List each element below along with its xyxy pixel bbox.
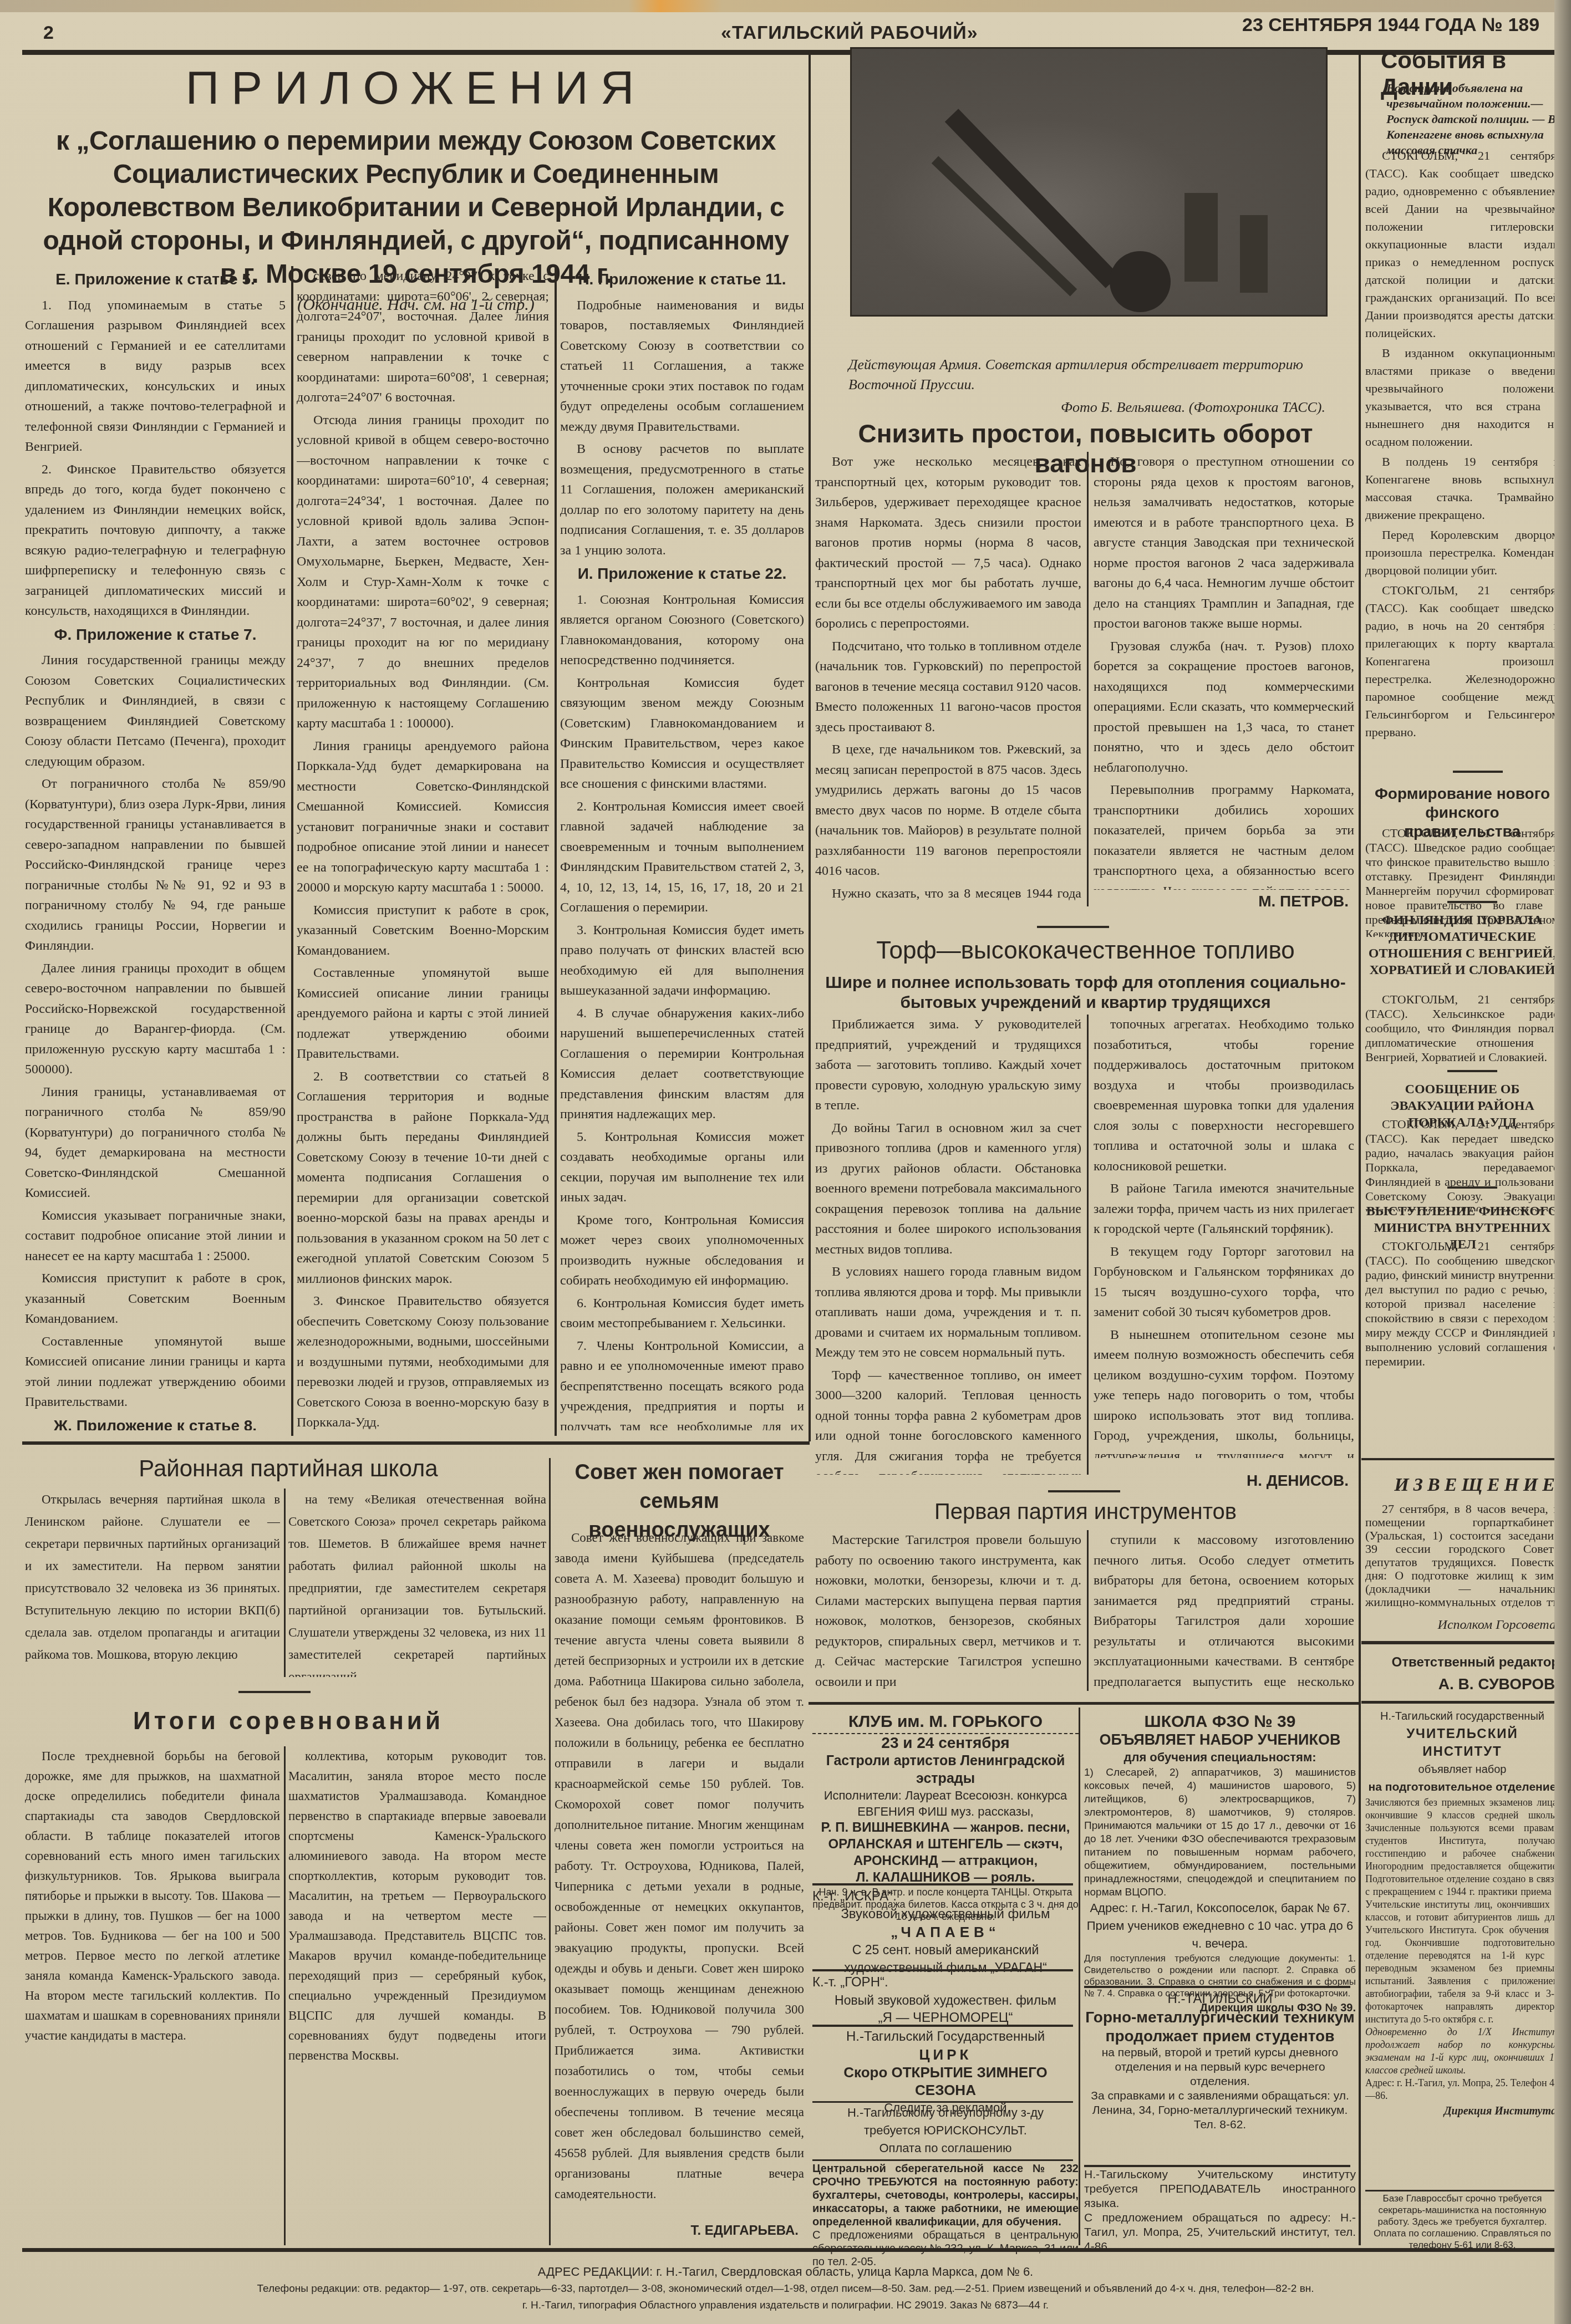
column-divider <box>1087 1015 1089 1475</box>
party-school-text-2: на тему «Великая отечественная война Сов… <box>288 1489 546 1677</box>
paragraph: Далее линия границы проходит в общем сев… <box>25 959 286 1080</box>
paragraph: Комиссия приступит к работе в срок, указ… <box>25 1268 286 1329</box>
scan-right-edge <box>1554 0 1571 2324</box>
party-school-title: Районная партийная школа <box>22 1455 555 1482</box>
ad-fzo-school: ШКОЛА ФЗО № 39 ОБЪЯВЛЯЕТ НАБОР УЧЕНИКОВ … <box>1084 1713 1356 2017</box>
paragraph: Перед Королевским дворцом произошла пере… <box>1365 526 1559 579</box>
paragraph: 1. Союзная Контрольная Комиссия является… <box>560 590 804 671</box>
header-rule <box>22 50 1564 55</box>
paragraph: 1. Под упоминаемым в статье 5 Соглашения… <box>25 295 286 457</box>
section-heading: И. Приложение к статье 22. <box>560 564 804 584</box>
wagons-signature: М. ПЕТРОВ. <box>1094 893 1349 910</box>
paragraph: Торф — качественное топливо, он имеет 30… <box>815 1365 1081 1475</box>
notice-body: 27 сентября, в 8 часов вечера, в помещен… <box>1365 1502 1559 1608</box>
paragraph: Перевыполнив программу Наркомата, трансп… <box>1094 780 1354 890</box>
finland-relations-text: СТОКГОЛЬМ, 21 сентября. (ТАСС). Хельсинк… <box>1365 992 1559 1064</box>
paragraph: 5. Контрольная Комиссия может создавать … <box>560 1127 804 1208</box>
fzo-hours: Прием учеников ежедневно с 10 час. утра … <box>1084 1917 1356 1953</box>
notice-text: 27 сентября, в 8 часов вечера, в помещен… <box>1365 1502 1559 1608</box>
newspaper-name: «ТАГИЛЬСКИЙ РАБОЧИЙ» <box>721 22 978 44</box>
paragraph: В нынешнем отопительном сезоне мы имеем … <box>1094 1325 1354 1459</box>
paragraph: Кроме того, Контрольная Комиссия может ч… <box>560 1210 804 1291</box>
artillery-gun-icon <box>852 49 1326 315</box>
ad-lawyer: Н.-Тагильскому огнеупорному з-ду требует… <box>812 2104 1079 2157</box>
paragraph: 6. Контрольная Комиссия будет иметь свои… <box>560 1293 804 1334</box>
gorky-performer-4: АРОНСКИНД — аттракцион, <box>812 1853 1079 1869</box>
paragraph: Составленные упомянутой выше Комиссией о… <box>297 963 549 1064</box>
teacher-vacancy-body: Н.-Тагильскому Учительскому институту тр… <box>1084 2168 1356 2211</box>
tools-column-2: ступили к массовому изготовлению печного… <box>1094 1530 1354 1691</box>
notice-signature: Исполком Горсовета. <box>1365 1618 1559 1633</box>
newspaper-page: 2 «ТАГИЛЬСКИЙ РАБОЧИЙ» 23 СЕНТЯБРЯ 1944 … <box>0 0 1571 2324</box>
column-divider <box>284 1746 286 2245</box>
column-divider <box>1087 1530 1089 1691</box>
technikum-line-1: Н.-ТАГИЛЬСКИЙ <box>1084 1990 1356 2008</box>
section-heading: Е. Приложение к статье 5. <box>25 269 286 290</box>
gorky-performer-2: Р. П. ВИШНЕВКИНА — жанров. песни, <box>812 1820 1079 1836</box>
photo-caption: Действующая Армия. Советская артиллерия … <box>848 355 1325 395</box>
ad-teachers-institute: Н.-Тагильский государственный УЧИТЕЛЬСКИ… <box>1365 1708 1559 2120</box>
gorky-dates: 23 и 24 сентября <box>812 1733 1079 1752</box>
lawyer-line-3: Оплата по соглашению <box>812 2139 1079 2157</box>
paragraph: Контрольная Комиссия будет связующим зве… <box>560 673 804 794</box>
technikum-title: Горно-металлургический техникум продолжа… <box>1084 2008 1356 2046</box>
paragraph: 2. В соответствии со статьей 8 Соглашени… <box>297 1067 549 1290</box>
paragraph: 2. Контрольная Комиссия имеет своей глав… <box>560 797 804 918</box>
ad-separator <box>812 1883 1073 1885</box>
paragraph: В условиях нашего города главным видом т… <box>815 1262 1081 1363</box>
ad-separator <box>812 2101 1073 2103</box>
paragraph: СТОКГОЛЬМ, 21 сентября. (ТАСС). Как сооб… <box>1365 582 1559 741</box>
section-rule <box>22 1441 810 1445</box>
paragraph: Но, говоря о преступном отношении со сто… <box>1094 452 1354 634</box>
section-divider <box>809 50 811 1441</box>
article-separator <box>1361 1701 1561 1704</box>
competition-text-2: коллектива, которым руководит тов. Масал… <box>288 1746 546 2066</box>
ad-teacher-vacancy: Н.-Тагильскому Учительскому институту тр… <box>1084 2168 1356 2254</box>
technikum-contact: За справками и с заявлениями обращаться:… <box>1084 2089 1356 2132</box>
fzo-sub: ОБЪЯВЛЯЕТ НАБОР УЧЕНИКОВ <box>1084 1731 1356 1749</box>
lawyer-line-1: Н.-Тагильскому огнеупорному з-ду <box>812 2104 1079 2122</box>
institute-title: УЧИТЕЛЬСКИЙ ИНСТИТУТ <box>1365 1725 1559 1761</box>
gorky-performer-1: Исполнители: Лауреат Всесоюзн. конкурса … <box>812 1787 1079 1820</box>
denmark-body: СТОКГОЛЬМ, 21 сентября. (ТАСС). Как сооб… <box>1365 147 1559 773</box>
institute-sign: Дирекция Института. <box>1365 2102 1559 2120</box>
ad-separator <box>812 2025 1073 2027</box>
footer-printing: г. Н.-Тагил, типография Областного управ… <box>0 2300 1571 2312</box>
ad-separator <box>1365 2190 1559 2192</box>
lawyer-line-2: требуется ЮРИСКОНСУЛЬТ. <box>812 2122 1079 2139</box>
article-separator <box>1037 926 1109 928</box>
artillery-photo <box>850 47 1328 317</box>
finland-relations-title: ФИНЛЯНДИЯ ПОРВАЛА ДИПЛОМАТИЧЕСКИЕ ОТНОШЕ… <box>1365 912 1559 978</box>
gorn-cinema: К.-т. „ГОРН“. <box>812 1974 1079 1991</box>
paragraph: Линия границы арендуемого района Порккал… <box>297 736 549 898</box>
photo-credit: Фото Б. Вельяшева. (Фотохроника ТАСС). <box>932 399 1325 416</box>
column-divider <box>1087 452 1089 906</box>
notice-title: ИЗВЕЩЕНИЕ <box>1365 1475 1559 1496</box>
savings-head: Центральной сберегательной кассе № 232 С… <box>812 2162 1079 2229</box>
article-separator <box>1361 1641 1561 1644</box>
paragraph: топочных агрегатах. Необходимо только по… <box>1094 1015 1354 1176</box>
institute-line-3: на подготовительное отделение <box>1365 1778 1559 1796</box>
wagons-column-2: Но, говоря о преступном отношении со сто… <box>1094 452 1354 890</box>
paragraph: В изданном оккупационными властями прика… <box>1365 344 1559 451</box>
scan-top-strip <box>0 0 1571 12</box>
paragraph: В текущем году Горторг заготовил на Горб… <box>1094 1242 1354 1323</box>
paragraph: Нужно сказать, что за 8 месяцев 1944 год… <box>815 884 1081 907</box>
column-divider <box>284 1489 286 1677</box>
circus-line-2: Скоро ОТКРЫТИЕ ЗИМНЕГО СЕЗОНА <box>812 2063 1079 2099</box>
fzo-address: Адрес: г. Н.-Тагил, Коксопоселок, барак … <box>1084 1899 1356 1917</box>
appendix-title: ПРИЛОЖЕНИЯ <box>22 61 810 115</box>
appendix-column-2: север по меридиану 24°07' к точке с коор… <box>297 266 549 1430</box>
peat-subtitle: Шире и полнее использовать торф для отоп… <box>821 973 1350 1013</box>
wives-body: Совет жен военнослужащих при завкоме зав… <box>555 1527 804 2220</box>
minister-text: СТОКГОЛЬМ, 21 сентября. (ТАСС). По сообщ… <box>1365 1239 1559 1369</box>
paragraph: Приближается зима. У руководителей предп… <box>815 1015 1081 1116</box>
gorky-performer-3: ОРЛАНСКАЯ и ШТЕНГЕЛЬ — скэтч, <box>812 1836 1079 1853</box>
gorky-title: КЛУБ им. М. ГОРЬКОГО <box>812 1713 1079 1731</box>
tools-title: Первая партия инструментов <box>815 1500 1356 1525</box>
tools-text-2: ступили к массовому изготовлению печного… <box>1094 1530 1354 1691</box>
circus-title: ЦИРК <box>812 2046 1079 2063</box>
section-heading: Ф. Приложение к статье 7. <box>25 625 286 645</box>
party-school-column-2: на тему «Великая отечественная война Сов… <box>288 1489 546 1677</box>
evacuation-body: СТОКГОЛЬМ, 21 сентября. (ТАСС). Как пере… <box>1365 1117 1559 1211</box>
evacuation-text: СТОКГОЛЬМ, 21 сентября. (ТАСС). Как пере… <box>1365 1117 1559 1211</box>
section-divider <box>1359 50 1361 2245</box>
paragraph: Комиссия приступит к работе в срок, указ… <box>297 900 549 961</box>
ads-top-rule <box>809 1702 1360 1705</box>
paragraph: 4. В случае обнаружения каких-либо наруш… <box>560 1003 804 1125</box>
paragraph: В районе Тагила имеются значительные зал… <box>1094 1179 1354 1240</box>
paragraph: В полдень 19 сентября в Копенгагене внов… <box>1365 453 1559 524</box>
column-divider <box>555 266 557 1436</box>
appendix-column-1: Е. Приложение к статье 5.1. Под упоминае… <box>25 266 286 1430</box>
paragraph: От пограничного столба № 859/90 (Корвату… <box>25 774 286 956</box>
ad-savings-bank: Центральной сберегательной кассе № 232 С… <box>812 2162 1079 2269</box>
paragraph: Отсюда линия границы проходит по условно… <box>297 410 549 734</box>
paragraph: Подсчитано, что только в топливном отдел… <box>815 636 1081 738</box>
article-separator <box>238 1691 311 1693</box>
institute-line-2: объявляет набор <box>1365 1761 1559 1778</box>
wagons-column-1: Вот уже несколько месяцев, как транспорт… <box>815 452 1081 906</box>
paragraph: В цехе, где начальником тов. Ржевский, з… <box>815 740 1081 881</box>
paragraph: В основу расчетов по выплате возмещения,… <box>560 439 804 560</box>
section-heading: Ж. Приложение к статье 8. <box>25 1416 286 1431</box>
institute-italic: Одновременно до 1/X Институт продолжает … <box>1365 2026 1559 2077</box>
ad-separator <box>812 2159 1073 2161</box>
paragraph: Подробные наименования и виды товаров, п… <box>560 295 804 437</box>
editor-label: Ответственный редактор <box>1365 1655 1559 1670</box>
peat-signature: Н. ДЕНИСОВ. <box>1094 1472 1349 1490</box>
iskra-cinema: К.-т. „ИСКРА“. <box>812 1888 1079 1905</box>
paragraph: Грузовая служба (нач. т. Рузов) плохо бо… <box>1094 636 1354 778</box>
paragraph: север по меридиану 24°07' к точке с коор… <box>297 266 549 408</box>
wives-text: Совет жен военнослужащих при завкоме зав… <box>555 1527 804 2204</box>
ad-separator <box>1084 1986 1350 1988</box>
institute-address: Адрес: г. Н.-Тагил, ул. Мопра, 25. Телеф… <box>1365 2077 1559 2102</box>
peat-column-2: топочных агрегатах. Необходимо только по… <box>1094 1015 1354 1458</box>
article-separator <box>1453 771 1503 773</box>
iskra-line-1: Звуковой художественный фильм <box>812 1905 1079 1923</box>
page-number: 2 <box>43 22 54 44</box>
fzo-sub2: для обучения специальностям: <box>1084 1749 1356 1766</box>
institute-body: Зачисляются без приемных экзаменов лица,… <box>1365 1796 1559 2026</box>
circus-line-1: Н.-Тагильский Государственный <box>812 2028 1079 2046</box>
competition-text-1: После трехдневной борьбы на беговой доро… <box>25 1746 280 2046</box>
peat-column-1: Приближается зима. У руководителей предп… <box>815 1015 1081 1475</box>
competition-title: Итоги соревнований <box>22 1708 555 1735</box>
paragraph: Линия границы, устанавливаемая от погран… <box>25 1082 286 1204</box>
ad-circus: Н.-Тагильский Государственный ЦИРК Скоро… <box>812 2028 1079 2117</box>
ad-separator <box>812 1969 1073 1971</box>
peat-title: Торф—высококачественное топливо <box>815 937 1356 965</box>
editor-name: А. В. СУВОРОВ. <box>1365 1675 1559 1693</box>
fzo-title: ШКОЛА ФЗО № 39 <box>1084 1713 1356 1731</box>
typist-body: Базе Главроссбыт срочно требуется секрет… <box>1365 2193 1559 2251</box>
denmark-lead: Вся страна объявлена на чрезвычайном пол… <box>1370 80 1558 158</box>
ad-gorn-cinema: К.-т. „ГОРН“. Новый звуковой художествен… <box>812 1974 1079 2027</box>
paragraph: До войны Тагил в основном жил за счет пр… <box>815 1118 1081 1260</box>
paragraph: 3. Финское Правительство обязуется обесп… <box>297 1291 549 1430</box>
ad-technikum: Н.-ТАГИЛЬСКИЙ Горно-металлургический тех… <box>1084 1990 1356 2132</box>
tools-text-1: Мастерские Тагилстроя провели большую ра… <box>815 1530 1081 1691</box>
paragraph: Вот уже несколько месяцев, как транспорт… <box>815 452 1081 634</box>
competition-column-2: коллектива, которым руководит тов. Масал… <box>288 1746 546 2245</box>
paragraph: Комиссия указывает пограничные знаки, со… <box>25 1206 286 1267</box>
article-separator <box>1361 1458 1561 1460</box>
article-separator <box>1048 1490 1120 1492</box>
gorn-line-1: Новый звуковой художествен. фильм <box>812 1991 1079 2009</box>
wives-signature: Т. ЕДИГАРЬЕВА. <box>555 2223 799 2239</box>
article-separator <box>1447 1070 1497 1072</box>
footer-address: АДРЕС РЕДАКЦИИ: г. Н.-Тагил, Свердловска… <box>0 2265 1571 2279</box>
paragraph: Линия государственной границы между Союз… <box>25 650 286 772</box>
column-divider <box>291 266 293 1436</box>
minister-body: СТОКГОЛЬМ, 21 сентября. (ТАСС). По сообщ… <box>1365 1239 1559 1455</box>
paragraph: СТОКГОЛЬМ, 21 сентября. (ТАСС). Как сооб… <box>1365 147 1559 342</box>
issue-date: 23 СЕНТЯБРЯ 1944 ГОДА № 189 <box>1242 14 1539 36</box>
ad-typist: Базе Главроссбыт срочно требуется секрет… <box>1365 2193 1559 2251</box>
footer-rule <box>22 2248 1564 2252</box>
section-heading: Н. Приложение к статье 11. <box>560 269 804 290</box>
tools-column-1: Мастерские Тагилстроя провели большую ра… <box>815 1530 1081 1691</box>
page-header: 2 «ТАГИЛЬСКИЙ РАБОЧИЙ» 23 СЕНТЯБРЯ 1944 … <box>0 22 1571 44</box>
ad-iskra-cinema: К.-т. „ИСКРА“. Звуковой художественный ф… <box>812 1888 1079 1976</box>
column-divider <box>1079 1708 1080 2245</box>
technikum-body: на первый, второй и третий курсы дневног… <box>1084 2046 1356 2089</box>
fzo-body: 1) Слесарей, 2) аппаратчиков, 3) машинис… <box>1084 1766 1356 1899</box>
gorky-tour: Гастроли артистов Ленинградской эстрады <box>812 1752 1079 1787</box>
paragraph: Составленные упомянутой выше Комиссией о… <box>25 1332 286 1413</box>
institute-line-1: Н.-Тагильский государственный <box>1365 1708 1559 1725</box>
article-separator <box>1447 901 1497 903</box>
competition-column-1: После трехдневной борьбы на беговой доро… <box>25 1746 280 2245</box>
party-school-column-1: Открылась вечерняя партийная школа в Лен… <box>25 1489 280 1677</box>
footer-phones: Телефоны редакции: отв. редактор— 1-97, … <box>0 2283 1571 2295</box>
party-school-text-1: Открылась вечерняя партийная школа в Лен… <box>25 1489 280 1666</box>
finland-relations-body: СТОКГОЛЬМ, 21 сентября. (ТАСС). Хельсинк… <box>1365 992 1559 1076</box>
ad-separator <box>1084 2165 1350 2167</box>
appendix-column-3: Н. Приложение к статье 11.Подробные наим… <box>560 266 804 1430</box>
paragraph: 2. Финское Правительство обязуется впред… <box>25 460 286 621</box>
column-divider <box>549 1458 551 2245</box>
paragraph: 7. Члены Контрольной Комиссии, а равно и… <box>560 1336 804 1431</box>
iskra-film-1: „ЧАПАЕВ“ <box>812 1923 1079 1941</box>
paragraph: 3. Контрольная Комиссия будет иметь прав… <box>560 920 804 1001</box>
article-separator <box>1447 1186 1497 1189</box>
